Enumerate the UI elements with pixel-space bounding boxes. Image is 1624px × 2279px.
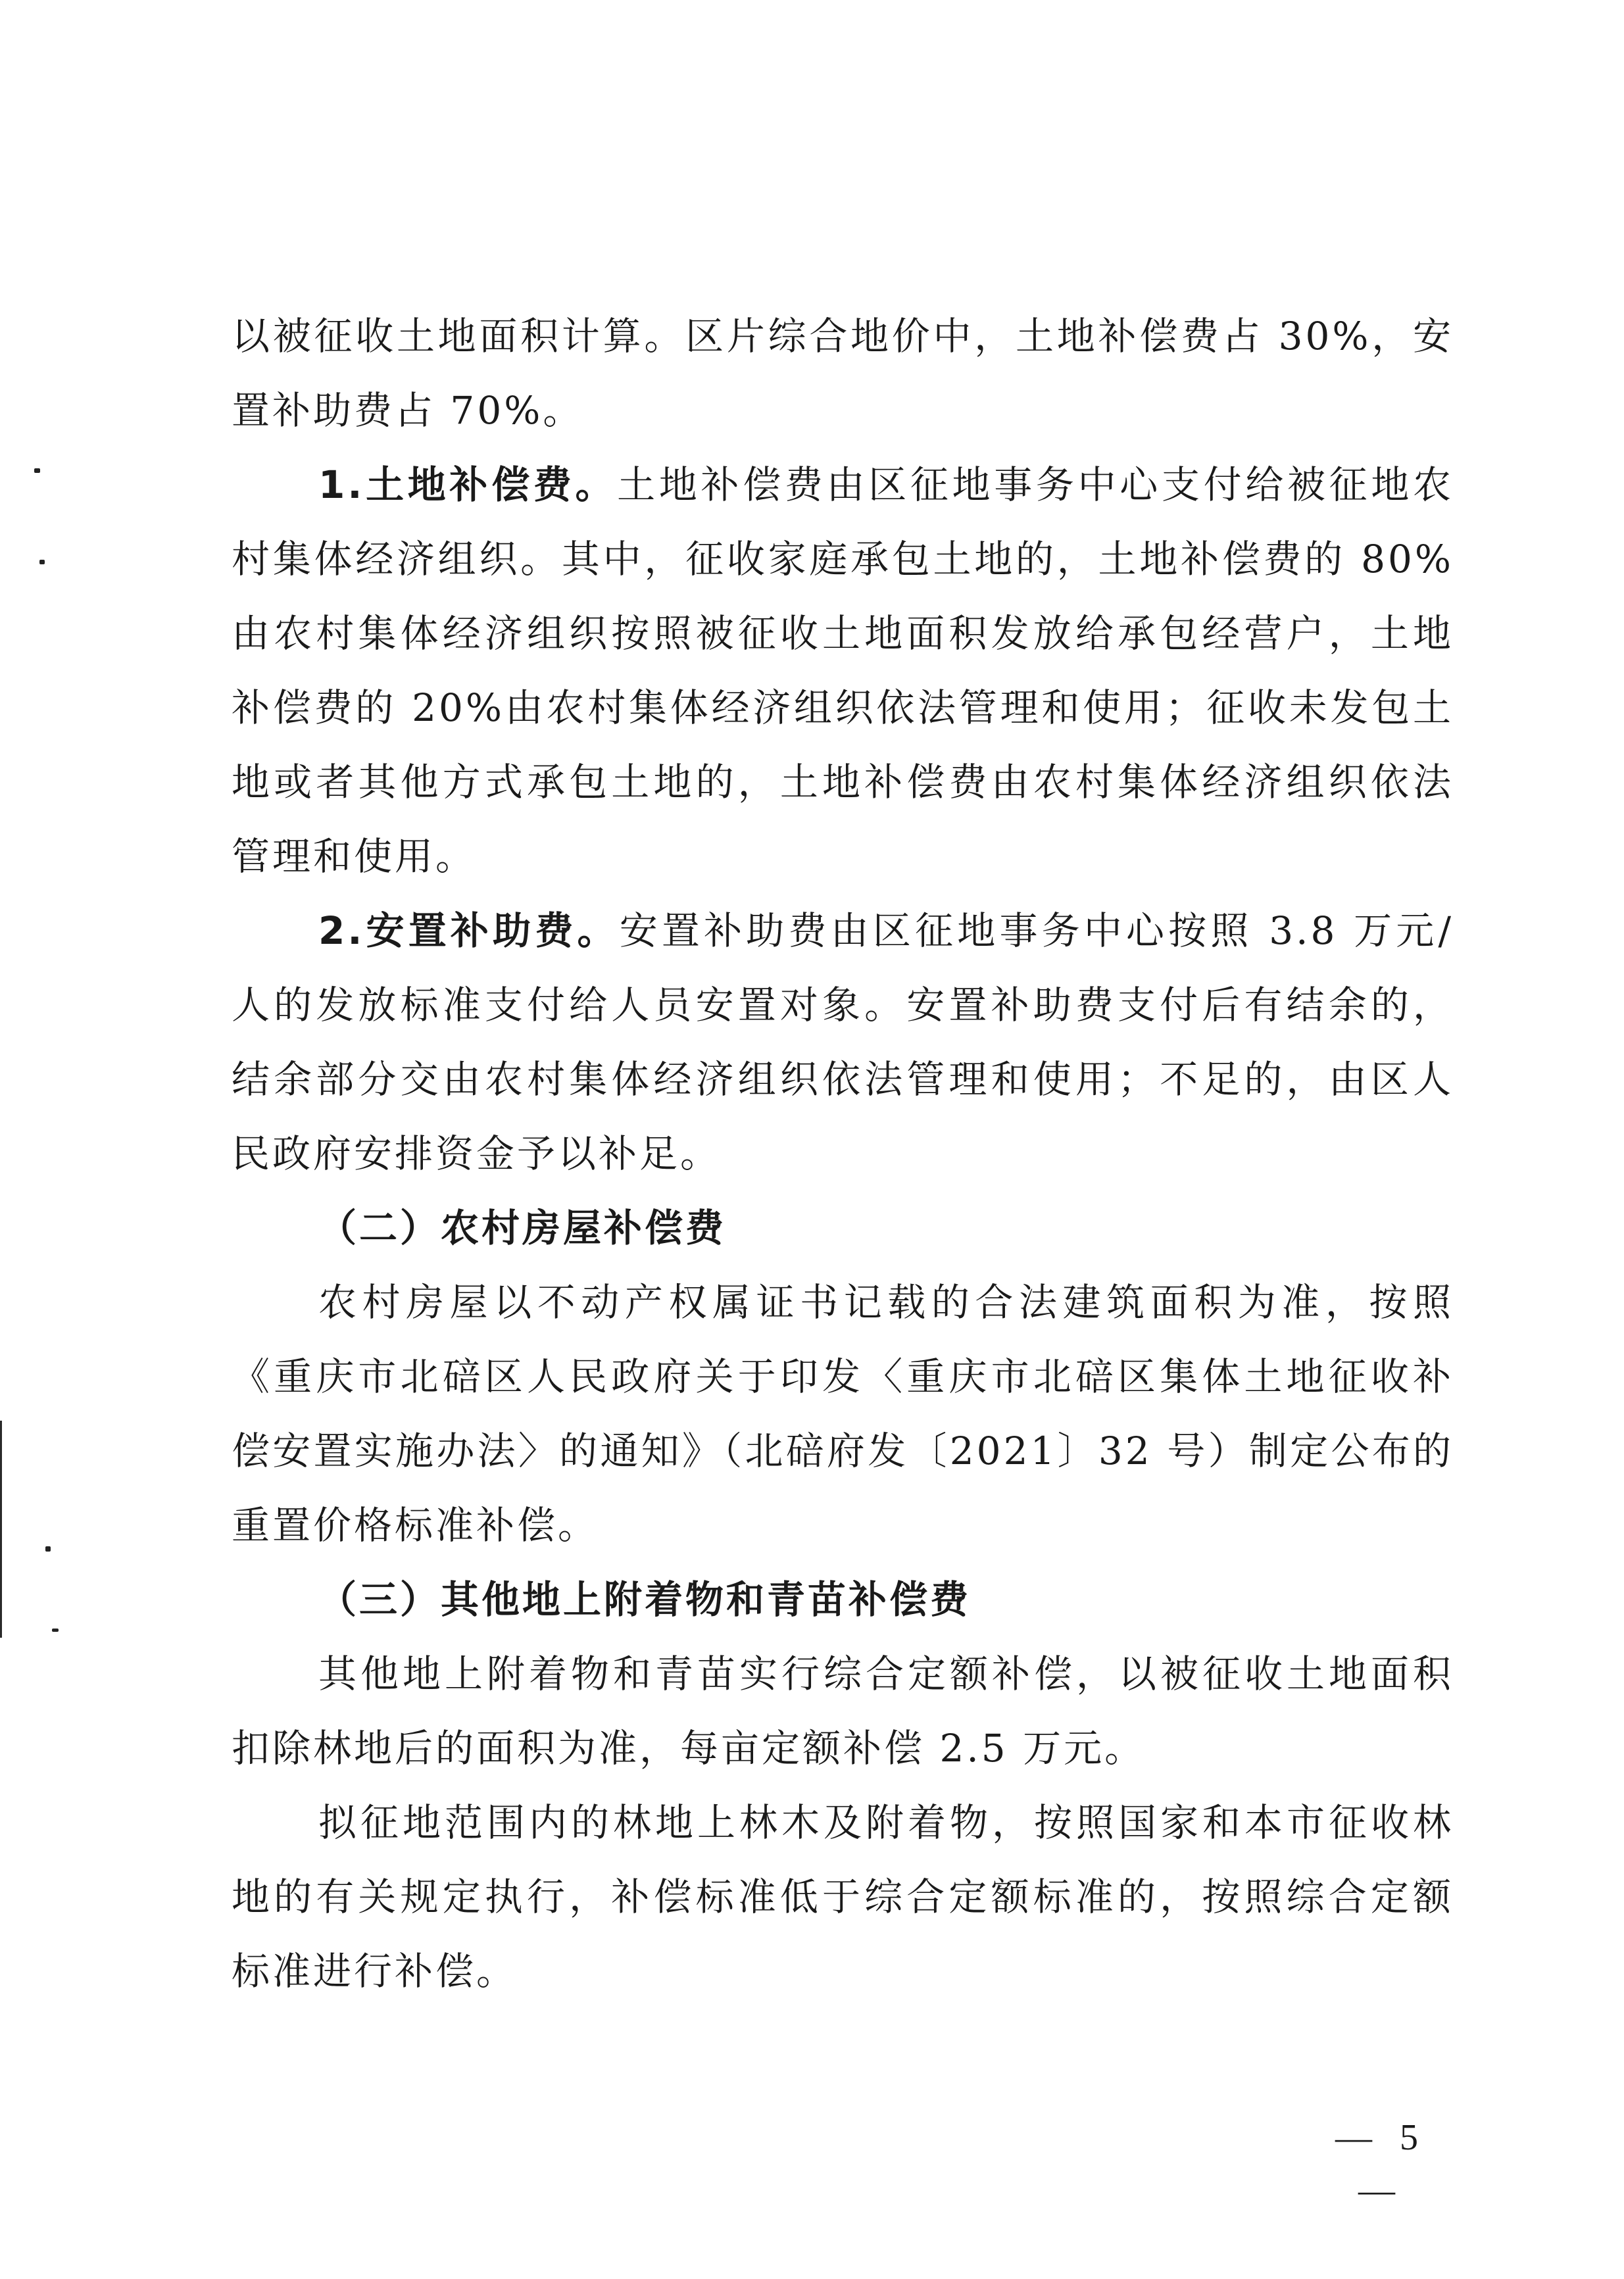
page-number: — 5 — — [1316, 2111, 1447, 2164]
scan-speck — [52, 1629, 59, 1632]
paragraph-attachments-crops: 其他地上附着物和青苗实行综合定额补偿，以被征收土地面积扣除林地后的面积为准，每亩… — [232, 1637, 1454, 1786]
scan-speck — [39, 560, 45, 564]
section-heading-rural-housing: （二）农村房屋补偿费 — [232, 1191, 1454, 1265]
paragraph-resettlement-subsidy: 2.安置补助费。安置补助费由区征地事务中心按照 3.8 万元/人的发放标准支付给… — [232, 894, 1454, 1191]
item-lead-land-compensation: 1.土地补偿费。 — [318, 462, 617, 507]
paragraph-rural-housing: 农村房屋以不动产权属证书记载的合法建筑面积为准，按照《重庆市北碚区人民政府关于印… — [232, 1265, 1454, 1563]
document-page: 以被征收土地面积计算。区片综合地价中，土地补偿费占 30%，安置补助费占 70%… — [0, 0, 1624, 2279]
section-heading-attachments-crops: （三）其他地上附着物和青苗补偿费 — [232, 1563, 1454, 1637]
item-lead-resettlement-subsidy: 2.安置补助费。 — [318, 908, 620, 953]
scan-speck — [45, 1546, 51, 1552]
paragraph-forest-land: 拟征地范围内的林地上林木及附着物，按照国家和本市征收林地的有关规定执行，补偿标准… — [232, 1786, 1454, 2009]
paragraph-continuation: 以被征收土地面积计算。区片综合地价中，土地补偿费占 30%，安置补助费占 70%… — [232, 299, 1454, 448]
paragraph-land-compensation: 1.土地补偿费。土地补偿费由区征地事务中心支付给被征地农村集体经济组织。其中，征… — [232, 448, 1454, 894]
item-text-land-compensation: 土地补偿费由区征地事务中心支付给被征地农村集体经济组织。其中，征收家庭承包土地的… — [232, 462, 1454, 879]
document-body: 以被征收土地面积计算。区片综合地价中，土地补偿费占 30%，安置补助费占 70%… — [232, 299, 1454, 2009]
scan-edge-shadow — [0, 1421, 2, 1638]
scan-speck — [34, 468, 40, 473]
